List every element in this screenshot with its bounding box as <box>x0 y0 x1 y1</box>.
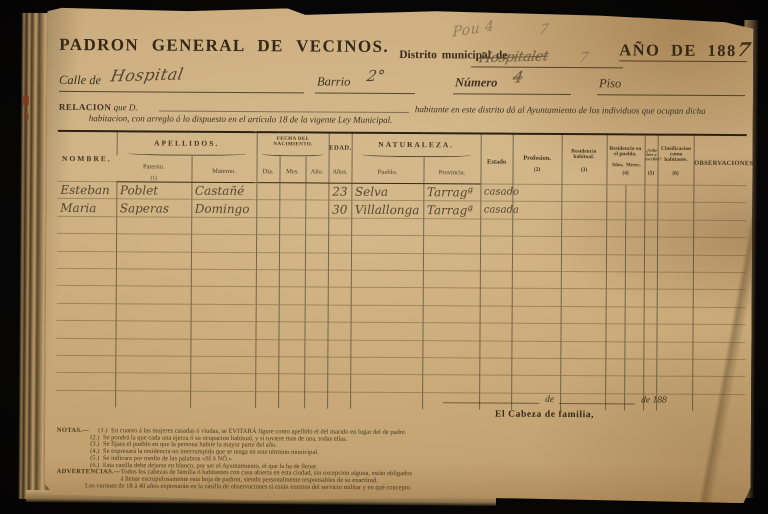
col-header-dia: Dia. <box>256 156 279 183</box>
col-header-nombre: NOMBRE. <box>57 131 116 182</box>
cell-clasificacion <box>657 185 693 203</box>
cell-paterno: Saperas <box>116 199 191 217</box>
cell-pueblo: Villallonga <box>351 201 423 219</box>
col-header-profesion: Profesion.(2) <box>512 134 561 185</box>
year-handwritten-digit: 7 <box>735 39 753 61</box>
cell-clasificacion <box>657 202 693 220</box>
calle-handwritten-entry: Hospital <box>109 64 185 85</box>
form-title: PADRON GENERAL DE VECINOS. <box>59 35 389 57</box>
cell-ano <box>305 183 328 201</box>
cell-residencia <box>561 202 606 220</box>
red-mark <box>23 95 29 106</box>
relacion-text2: habitacion, con arreglo á lo dispuesto e… <box>89 113 393 125</box>
table-body: Esteban Poblet Castañé 23 Selva Tarragª … <box>56 181 746 411</box>
numero-line <box>453 93 571 95</box>
cell-pueblo: Selva <box>351 183 423 201</box>
cell-res-anos <box>606 185 625 203</box>
col-header-estado: Estado <box>480 133 512 184</box>
numero-label: Número <box>455 75 497 90</box>
district-handwritten-entry: Hospitalet <box>477 49 549 67</box>
cell-provincia: Tarragª <box>423 184 480 202</box>
notas-label: NOTAS.— <box>57 426 89 433</box>
cell-res-anos <box>606 202 625 220</box>
year-line <box>619 60 747 62</box>
col-header-edad-anos: Años. <box>328 157 351 184</box>
cell-ano <box>305 200 328 218</box>
cell-profesion <box>512 202 561 220</box>
col-header-pueblo: Pueblo. <box>351 157 423 184</box>
cell-provincia: Tarragª <box>423 201 480 219</box>
cell-estado: casada <box>480 201 512 219</box>
relacion-que: que D. <box>114 102 138 112</box>
advertencias-label: ADVERTENCIAS.— <box>57 468 121 475</box>
col-header-provincia: Provincia. <box>423 157 480 184</box>
date-de188: de 188 <box>641 395 667 405</box>
census-table: NOMBRE. APELLIDOS. FECHA DEL NACIMIENTO.… <box>56 130 747 411</box>
cell-paterno: Poblet <box>116 182 191 200</box>
col-group-fecha-nacimiento: FECHA DEL NACIMIENTO. <box>257 132 329 156</box>
cell-edad: 30 <box>328 200 351 218</box>
col-header-residencia-pueblo: Residencia en el pueblo. Años.Meses. (4) <box>606 134 644 185</box>
red-mark <box>24 113 29 120</box>
piso-line <box>597 94 745 96</box>
district-number-handwritten: 7 <box>578 50 590 66</box>
cell-profesion <box>512 184 561 202</box>
col-header-materno: Materno. <box>191 156 256 183</box>
piso-label: Piso <box>599 76 621 91</box>
signer-label: El Cabeza de familia, <box>495 410 594 421</box>
col-header-mes: Mes. <box>279 156 305 183</box>
cell-res-meses <box>625 185 644 203</box>
relacion-word: RELACION <box>59 102 112 112</box>
cell-sabe <box>644 185 657 202</box>
cell-observaciones <box>693 203 746 221</box>
notes-block: NOTAS.—(1.)En cuanto á las mujeres casad… <box>57 427 753 493</box>
cell-dia <box>256 183 279 201</box>
col-header-clasificacion: Clasificacion como habitante.(6) <box>657 135 693 186</box>
barrio-line <box>315 92 415 94</box>
relacion-line1: RELACION que D. <box>59 102 138 112</box>
barrio-handwritten-entry: 2° <box>365 67 386 85</box>
cell-sabe <box>644 202 657 219</box>
padron-form-sheet: PADRON GENERAL DE VECINOS. Distrito muni… <box>45 7 754 503</box>
cell-residencia <box>561 184 606 202</box>
cell-mes <box>279 183 305 201</box>
col-header-paterno: Paterno.(1) <box>116 155 191 182</box>
cell-nombre: Maria <box>57 199 116 217</box>
relacion-name-line <box>159 111 409 114</box>
year-printed: AÑO DE 188 <box>619 40 737 60</box>
numero-handwritten-entry: 4 <box>511 68 524 87</box>
cell-edad: 23 <box>328 183 351 201</box>
cell-estado: casado <box>480 184 512 202</box>
cell-nombre: Esteban <box>57 181 116 199</box>
year-label: AÑO DE 1887 <box>619 38 750 61</box>
col-header-residencia-habitual: Residencia habitual.(3) <box>561 134 606 185</box>
col-group-apellidos: APELLIDOS. <box>117 131 257 156</box>
pencil-annotation-2: 7 <box>538 21 550 38</box>
col-group-edad: EDAD. <box>329 133 352 157</box>
cell-dia <box>256 200 279 218</box>
cell-materno: Domingo <box>191 200 256 218</box>
district-line <box>471 66 623 68</box>
calle-label: Calle de <box>59 73 101 88</box>
pencil-annotation: Pou 4 <box>452 18 494 41</box>
col-header-ano: Año. <box>305 156 328 183</box>
cell-res-meses <box>625 202 644 220</box>
col-group-naturaleza: NATURALEZA. <box>352 133 481 158</box>
cell-materno: Castañé <box>191 182 256 200</box>
col-header-observaciones: OBSERVACIONES. <box>693 135 746 186</box>
date-de: de <box>545 395 554 405</box>
col-header-sabe-leer: ¿Sabe leer y escribir?(5) <box>644 134 657 185</box>
relacion-text1: habitante en este distrito dá al Ayuntam… <box>415 104 706 116</box>
calle-line <box>59 91 304 93</box>
cell-mes <box>279 200 305 218</box>
cell-observaciones <box>693 185 746 203</box>
barrio-label: Barrio <box>317 74 350 89</box>
